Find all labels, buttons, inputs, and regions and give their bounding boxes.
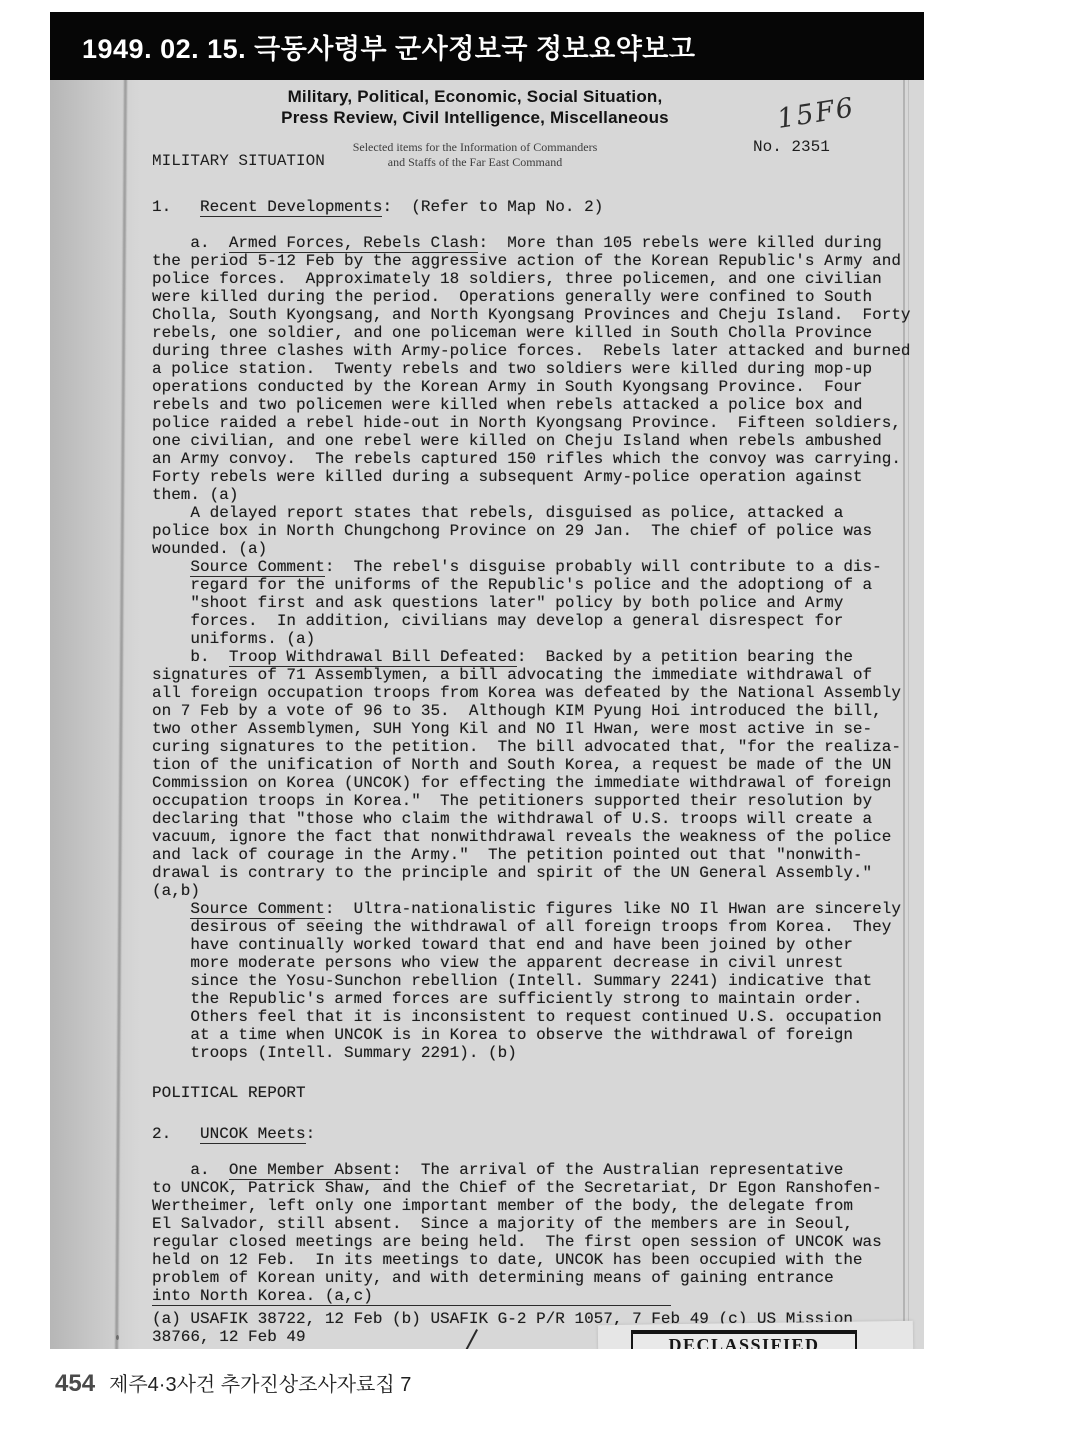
handwritten-annotation: 15F6 bbox=[775, 92, 857, 135]
military-situation-heading: MILITARY SITUATION bbox=[152, 152, 325, 170]
one-member-absent-paragraph: a. One Member Absent: The arrival of the… bbox=[152, 1161, 911, 1305]
document-issue-number: No. 2351 bbox=[753, 138, 830, 156]
book-footer: 454 제주4·3사건 추가진상조사자료집 7 bbox=[55, 1368, 411, 1398]
document-masthead-title: Military, Political, Economic, Social Si… bbox=[205, 86, 745, 128]
source-comment-2: Source Comment: Ultra-nationalistic figu… bbox=[152, 900, 911, 1062]
declassified-stamp-label: DECLASSIFIED bbox=[633, 1334, 855, 1349]
source-comment-1: Source Comment: The rebel's disguise pro… bbox=[152, 558, 911, 648]
declassified-stamp: DECLASSIFIED bbox=[631, 1330, 857, 1349]
political-report-heading: POLITICAL REPORT bbox=[152, 1084, 911, 1102]
recent-developments-heading: 1. Recent Developments: (Refer to Map No… bbox=[152, 198, 911, 216]
masthead-title-line-2: Press Review, Civil Intelligence, Miscel… bbox=[205, 107, 745, 128]
uncok-meets-heading: 2. UNCOK Meets: bbox=[152, 1125, 911, 1143]
banner-title: 1949. 02. 15. 극동사령부 군사정보국 정보요약보고 bbox=[50, 27, 695, 66]
footer-page-number: 454 bbox=[55, 1370, 95, 1398]
header-banner: 1949. 02. 15. 극동사령부 군사정보국 정보요약보고 bbox=[50, 12, 924, 80]
footer-book-title: 제주4·3사건 추가진상조사자료집 7 bbox=[109, 1368, 411, 1397]
document-scan: Military, Political, Economic, Social Si… bbox=[50, 80, 924, 1349]
binding-gutter-shadow bbox=[50, 80, 140, 1349]
masthead-title-line-1: Military, Political, Economic, Social Si… bbox=[205, 86, 745, 107]
armed-forces-rebels-clash-paragraph: a. Armed Forces, Rebels Clash: More than… bbox=[152, 234, 911, 504]
troop-withdrawal-bill-paragraph: b. Troop Withdrawal Bill Defeated: Backe… bbox=[152, 648, 911, 900]
delayed-report-paragraph: A delayed report states that rebels, dis… bbox=[152, 504, 911, 558]
document-text-body: 1. Recent Developments: (Refer to Map No… bbox=[152, 198, 911, 1346]
paper-speck bbox=[116, 1335, 119, 1340]
